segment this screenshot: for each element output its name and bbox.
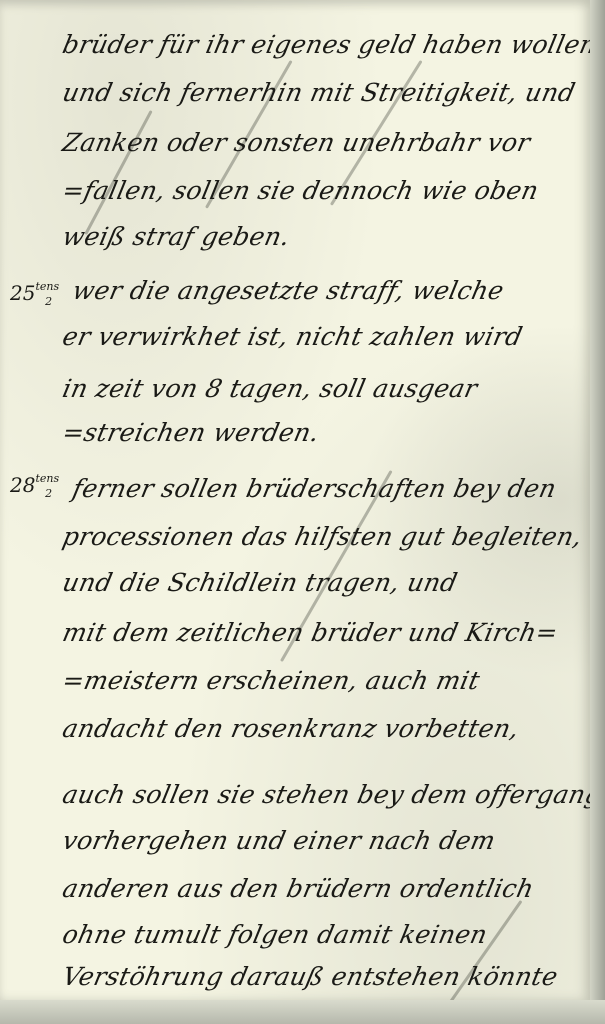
- handwritten-line: er verwirkhet ist, nicht zahlen wird: [60, 322, 525, 351]
- margin-note-superscript: tens: [35, 280, 59, 293]
- handwritten-line: Verstöhrung darauß entstehen könnte: [60, 962, 561, 991]
- margin-note-superscript: tens: [35, 472, 59, 485]
- handwritten-line: und die Schildlein tragen, und: [60, 568, 460, 597]
- handwritten-line: andacht den rosenkranz vorbetten,: [60, 714, 522, 743]
- manuscript-page: 25tens2 28tens2 brüder für ihr eigenes g…: [0, 0, 592, 1003]
- handwritten-line: processionen das hilfsten gut begleiten,: [60, 522, 585, 551]
- handwritten-line: mit dem zeitlichen brüder und Kirch=: [60, 618, 561, 647]
- handwritten-line: anderen aus den brüdern ordentlich: [60, 874, 536, 903]
- handwritten-line: wer die angesetzte straff, welche: [70, 276, 507, 305]
- handwritten-line: brüder für ihr eigenes geld haben wollen: [60, 30, 599, 59]
- handwritten-line: auch sollen sie stehen bey dem offergang: [60, 780, 605, 809]
- handwritten-line: Zanken oder sonsten unehrbahr vor: [60, 128, 533, 157]
- margin-note-subscript: 2: [45, 487, 52, 500]
- page-edge-shadow: [590, 0, 605, 1024]
- handwritten-line: =fallen, sollen sie dennoch wie oben: [60, 176, 541, 205]
- handwritten-line: ohne tumult folgen damit keinen: [60, 920, 490, 949]
- margin-note-number: 25: [10, 281, 35, 305]
- ink-bleed-stroke: [445, 900, 522, 1008]
- handwritten-line: ferner sollen brüderschaften bey den: [70, 474, 559, 503]
- margin-note-number: 28: [10, 473, 35, 497]
- margin-note-subscript: 2: [45, 295, 52, 308]
- handwritten-line: vorhergehen und einer nach dem: [60, 826, 498, 855]
- handwritten-line: in zeit von 8 tagen, soll ausgear: [60, 374, 480, 403]
- handwritten-line: weiß straf geben.: [60, 222, 293, 251]
- handwritten-line: und sich fernerhin mit Streitigkeit, und: [60, 78, 578, 107]
- handwritten-line: =streichen werden.: [60, 418, 322, 447]
- margin-note-28: 28tens2: [10, 472, 52, 500]
- handwritten-line: =meistern erscheinen, auch mit: [60, 666, 482, 695]
- page-bottom-edge: [0, 1000, 605, 1024]
- margin-note-25: 25tens2: [10, 280, 52, 308]
